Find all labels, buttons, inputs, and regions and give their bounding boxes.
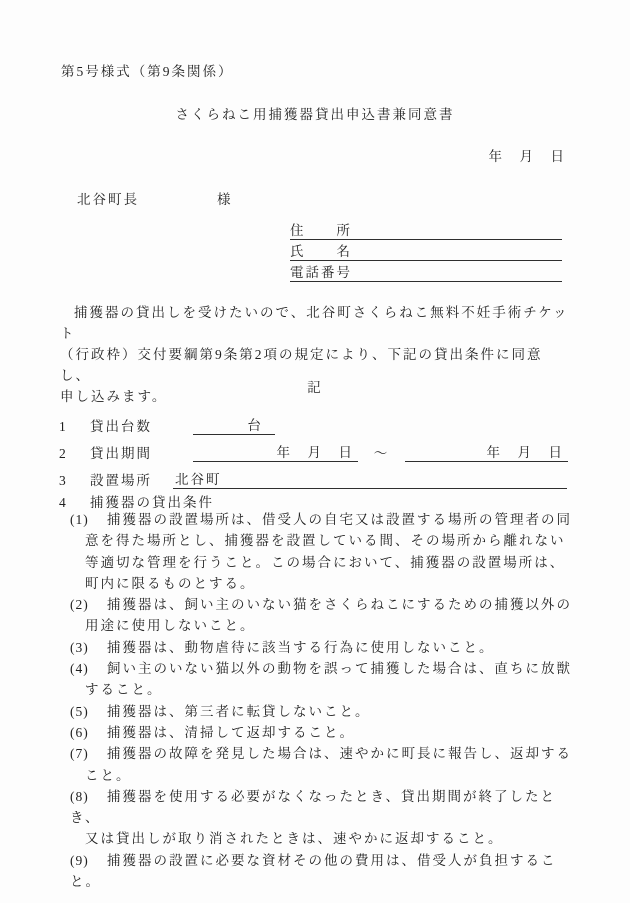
condition-line: 捕獲器を使用する必要がなくなったとき、貸出期間が終了したとき、 [70,789,556,825]
condition-line: 捕獲器は、第三者に転貸しないこと。 [107,704,371,719]
condition-number: (6) [70,722,107,743]
condition-line: 捕獲器は、飼い主のいない猫をさくらねこにするための捕獲以外の [107,597,572,612]
condition-line: こと。 [85,765,574,786]
condition-line: 捕獲器の設置場所は、借受人の自宅又は設置する場所の管理者の同 [107,512,572,527]
condition-number: (3) [70,637,107,658]
condition-line: 等適切な管理を行うこと。この場合において、捕獲器の設置場所は、 [85,552,574,573]
condition-line: 捕獲器の故障を発見した場合は、速やかに町長に報告し、返却する [107,746,572,761]
condition-line: すること。 [85,679,574,700]
condition-line: 捕獲器は、動物虐待に該当する行為に使用しないこと。 [107,640,495,655]
document-page: 第5号様式（第9条関係） さくらねこ用捕獲器貸出申込書兼同意書 年 月 日 北谷… [0,0,630,903]
condition-item: (9)捕獲器の設置に必要な資材その他の費用は、借受人が負担すること。 [60,850,574,893]
phone-field-label: 電話番号 [290,261,350,281]
condition-line: 町内に限るものとする。 [85,573,574,594]
condition-item: (8)捕獲器を使用する必要がなくなったとき、貸出期間が終了したとき、 又は貸出し… [60,786,574,850]
place-blank-line: 北谷町 [173,468,567,489]
tilde-separator: ～ [358,442,405,462]
condition-item: (7)捕獲器の故障を発見した場合は、速やかに町長に報告し、返却する こと。 [60,743,574,786]
condition-number: (5) [70,701,107,722]
conditions-list: (1)捕獲器の設置場所は、借受人の自宅又は設置する場所の管理者の同 意を得た場所… [60,509,574,892]
intro-line: 捕獲器の貸出しを受けたいので、北谷町さくらねこ無料不妊手術チケット [60,302,572,344]
condition-item: (4)飼い主のいない猫以外の動物を誤って捕獲した場合は、直ちに放獣 すること。 [60,658,574,701]
item-number: 1 [59,419,90,435]
condition-item: (1)捕獲器の設置場所は、借受人の自宅又は設置する場所の管理者の同 意を得た場所… [60,509,574,594]
condition-number: (1) [70,509,107,530]
loan-detail-rows: 1 貸出台数 台 2 貸出期間 年 月 日 ～ 年 月 日 3 設置場所 北谷町 [59,408,571,489]
condition-line: 用途に使用しないこと。 [85,615,574,636]
loan-count-row: 1 貸出台数 台 [59,408,571,435]
conditions-heading: 4捕獲器の貸出条件 [59,491,214,511]
condition-number: (8) [70,786,107,807]
condition-line: 又は貸出しが取り消されたときは、速やかに返却すること。 [85,828,574,849]
item-label: 貸出台数 [90,415,193,435]
condition-line: 捕獲器は、清掃して返却すること。 [107,725,355,740]
name-field-label: 氏 名 [290,240,350,260]
field-row-address: 住 所 [290,220,562,240]
addressee-name: 北谷町長 [77,192,139,207]
period-to-blank-line: 年 月 日 [405,441,568,462]
form-title: さくらねこ用捕獲器貸出申込書兼同意書 [0,103,630,123]
item-number: 3 [59,473,90,489]
condition-line: 意を得た場所とし、捕獲器を設置している間、その場所から離れない [85,530,574,551]
count-blank-line: 台 [193,414,275,435]
record-marker: 記 [0,376,630,396]
condition-item: (2)捕獲器は、飼い主のいない猫をさくらねこにするための捕獲以外の 用途に使用し… [60,594,574,637]
loan-place-row: 3 設置場所 北谷町 [59,462,571,489]
condition-item: (3)捕獲器は、動物虐待に該当する行為に使用しないこと。 [60,637,574,658]
addressee-line: 北谷町長様 [77,188,233,208]
condition-line: 飼い主のいない猫以外の動物を誤って捕獲した場合は、直ちに放獣 [107,661,572,676]
form-number: 第5号様式（第9条関係） [61,60,234,80]
loan-period-row: 2 貸出期間 年 月 日 ～ 年 月 日 [59,435,571,462]
condition-item: (5)捕獲器は、第三者に転貸しないこと。 [60,701,574,722]
condition-number: (2) [70,594,107,615]
condition-number: (7) [70,743,107,764]
item-label: 設置場所 [90,469,173,489]
addressee-honorific: 様 [217,192,233,207]
item-label: 貸出期間 [90,442,193,462]
address-field-label: 住 所 [290,219,350,239]
condition-number: (9) [70,850,107,871]
condition-item: (6)捕獲器は、清掃して返却すること。 [60,722,574,743]
period-from-blank-line: 年 月 日 [193,441,358,462]
conditions-heading-label: 捕獲器の貸出条件 [90,495,214,510]
item-number: 2 [59,446,90,462]
condition-number: (4) [70,658,107,679]
field-row-name: 氏 名 [290,241,562,261]
field-row-phone: 電話番号 [290,262,562,282]
condition-line: 捕獲器の設置に必要な資材その他の費用は、借受人が負担すること。 [70,853,557,889]
date-placeholder: 年 月 日 [489,145,567,165]
applicant-fields: 住 所 氏 名 電話番号 [290,220,562,283]
